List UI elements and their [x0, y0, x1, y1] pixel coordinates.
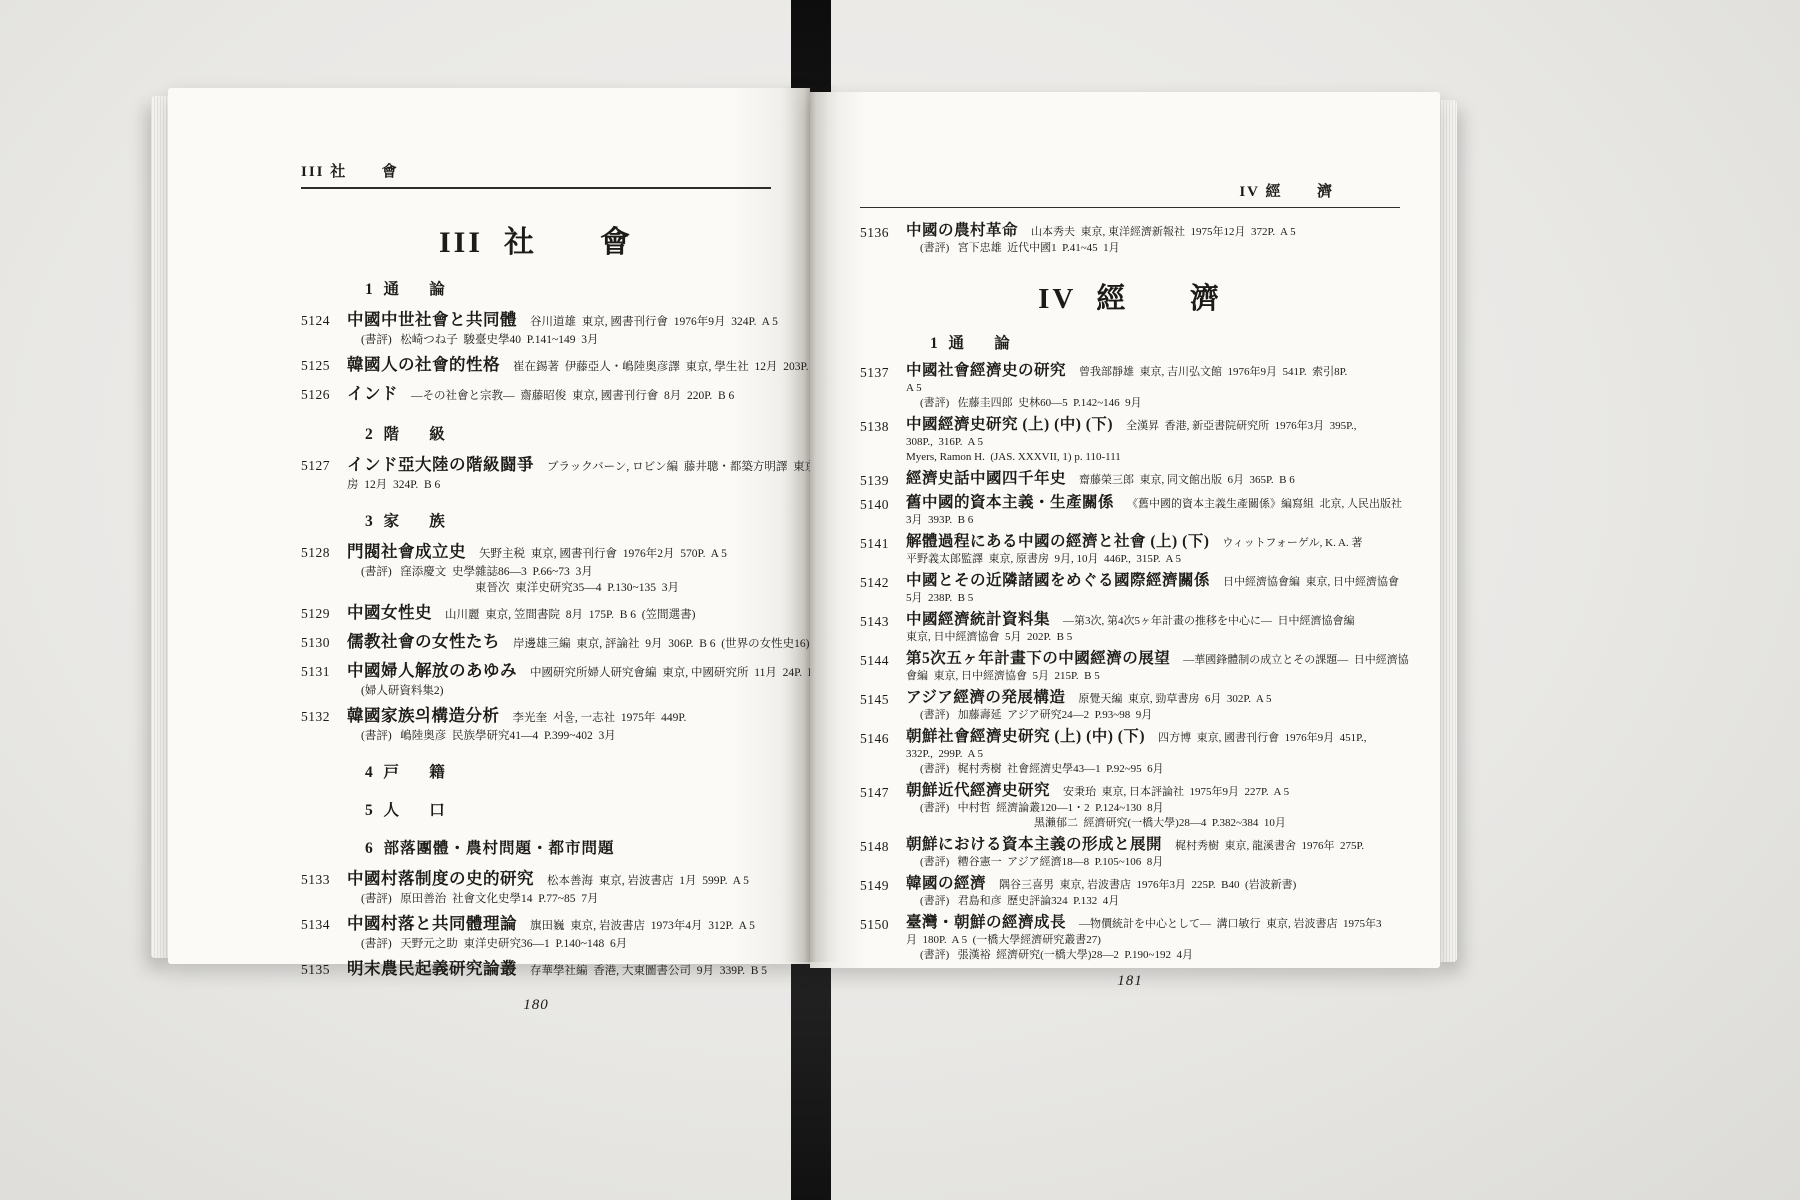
- entry-body: 門閥社會成立史矢野主税 東京, 國書刊行會 1976年2月 570P. A 5(…: [347, 542, 771, 596]
- entry-body: 朝鮮社會經濟史研究 (上) (中) (下)四方博 東京, 國書刊行會 1976年…: [906, 728, 1400, 777]
- entry-number: 5150: [860, 914, 906, 963]
- entry-body: 中國經濟史研究 (上) (中) (下)全漢昇 香港, 新亞書院研究所 1976年…: [906, 416, 1400, 465]
- entry-first-line: 中國婦人解放のあゆみ中國研究所婦人研究會編 東京, 中國研究所 11月 24P.…: [347, 661, 771, 683]
- bib-entry: 5129中國女性史山川麗 東京, 笠間書院 8月 175P. B 6 (笠間選書…: [301, 603, 771, 625]
- entry-title: 韓國家族의構造分析: [347, 706, 499, 725]
- section-heading: 1 通 論: [930, 331, 1400, 353]
- entry-title: 中國中世社會と共同體: [347, 310, 517, 329]
- entry-body: 第5次五ヶ年計畫下の中國經濟の展望—華國鋒體制の成立とその課題— 日中經濟協會編…: [906, 650, 1400, 684]
- entry-body: 中國の農村革命山本秀夫 東京, 東洋經濟新報社 1975年12月 372P. A…: [906, 222, 1400, 256]
- entry-title: 中國とその近隣諸國をめぐる國際經濟關係: [906, 572, 1210, 589]
- entry-line: (書評) 天野元之助 東洋史研究36—1 P.140~148 6月: [347, 936, 771, 952]
- entry-number: 5149: [860, 875, 906, 909]
- entry-line: (書評) 君島和彦 歷史評論324 P.132 4月: [906, 894, 1400, 909]
- entry-first-line: アジア經濟の発展構造原覺天編 東京, 勁草書房 6月 302P. A 5: [906, 689, 1400, 708]
- entry-number: 5147: [860, 782, 906, 831]
- entry-title: 臺灣・朝鮮の經濟成長: [906, 914, 1066, 931]
- entry-number: 5142: [860, 572, 906, 606]
- entry-detail: 中國研究所婦人研究會編 東京, 中國研究所 11月 24P. B 5: [530, 667, 824, 679]
- bib-entry: 5147朝鮮近代經濟史研究安秉珆 東京, 日本評論社 1975年9月 227P.…: [860, 782, 1400, 831]
- entry-detail: 安秉珆 東京, 日本評論社 1975年9月 227P. A 5: [1063, 786, 1289, 798]
- entry-title: 朝鮮近代經濟史研究: [906, 782, 1050, 799]
- open-book: III 社 會 III 社 會 1 通 論5124中國中世社會と共同體谷川道雄 …: [168, 86, 1440, 962]
- entry-detail: —華國鋒體制の成立とその課題— 日中經濟協: [1183, 654, 1409, 666]
- entry-line: 房 12月 324P. B 6: [347, 477, 771, 493]
- entry-body: 明末農民起義研究論叢存華學社編 香港, 大東圖書公司 9月 339P. B 5: [347, 959, 771, 981]
- entry-title: 中國村落と共同體理論: [347, 914, 517, 933]
- entry-first-line: 經濟史話中國四千年史齋藤榮三郎 東京, 同文館出版 6月 365P. B 6: [906, 470, 1400, 489]
- entry-number: 5141: [860, 533, 906, 567]
- entry-line: (書評) 糟谷憲一 アジア經濟18—8 P.105~106 8月: [906, 855, 1400, 870]
- entry-title: インド亞大陸の階級闘爭: [347, 455, 534, 474]
- bib-entry: 5128門閥社會成立史矢野主税 東京, 國書刊行會 1976年2月 570P. …: [301, 542, 771, 596]
- entry-first-line: 中國經濟統計資料集—第3次, 第4次5ヶ年計畫の推移を中心に— 日中經濟協會編: [906, 611, 1400, 630]
- entry-detail: 山本秀夫 東京, 東洋經濟新報社 1975年12月 372P. A 5: [1031, 226, 1296, 238]
- entry-first-line: 門閥社會成立史矢野主税 東京, 國書刊行會 1976年2月 570P. A 5: [347, 542, 771, 564]
- bib-entry: 5138中國經濟史研究 (上) (中) (下)全漢昇 香港, 新亞書院研究所 1…: [860, 416, 1400, 465]
- entry-first-line: 韓國家族의構造分析李光奎 서울, 一志社 1975年 449P.: [347, 706, 771, 728]
- bib-entry: 5142中國とその近隣諸國をめぐる國際經濟關係日中經濟協會編 東京, 日中經濟協…: [860, 572, 1400, 606]
- entry-body: 解體過程にある中國の經濟と社會 (上) (下)ウィットフォーゲル, K. A. …: [906, 533, 1400, 567]
- entry-number: 5127: [301, 455, 347, 493]
- entry-line: (書評) 宮下忠雄 近代中國1 P.41~45 1月: [906, 241, 1400, 256]
- entry-first-line: 中國社會經濟史の研究曾我部靜雄 東京, 吉川弘文館 1976年9月 541P. …: [906, 362, 1400, 381]
- entry-title: 舊中國的資本主義・生產關係: [906, 494, 1114, 511]
- entry-first-line: 朝鮮社會經濟史研究 (上) (中) (下)四方博 東京, 國書刊行會 1976年…: [906, 728, 1400, 747]
- entry-title: インド: [347, 384, 398, 403]
- entry-detail: 矢野主税 東京, 國書刊行會 1976年2月 570P. A 5: [479, 548, 727, 560]
- entry-line: 東京, 日中經濟協會 5月 202P. B 5: [906, 630, 1400, 645]
- entry-line: Myers, Ramon H. (JAS. XXXVII, 1) p. 110-…: [906, 450, 1400, 465]
- section-heading: 6 部落團體・農村問題・都市問題: [365, 836, 771, 858]
- entry-number: 5144: [860, 650, 906, 684]
- left-page: III 社 會 III 社 會 1 通 論5124中國中世社會と共同體谷川道雄 …: [168, 88, 810, 964]
- entry-line: (書評) 原田善治 社會文化史學14 P.77~85 7月: [347, 891, 771, 907]
- bib-entry: 5148朝鮮における資本主義の形成と展開梶村秀樹 東京, 龍溪書舍 1976年 …: [860, 836, 1400, 870]
- entry-detail: —その社會と宗教— 齋藤昭俊 東京, 國書刊行會 8月 220P. B 6: [411, 390, 734, 402]
- bib-entry: 5124中國中世社會と共同體谷川道雄 東京, 國書刊行會 1976年9月 324…: [301, 310, 771, 348]
- section-heading: 1 通 論: [365, 277, 771, 299]
- bib-entry: 5144第5次五ヶ年計畫下の中國經濟の展望—華國鋒體制の成立とその課題— 日中經…: [860, 650, 1400, 684]
- entry-body: 中國中世社會と共同體谷川道雄 東京, 國書刊行會 1976年9月 324P. A…: [347, 310, 771, 348]
- entry-line: (書評) 窪添慶文 史學雜誌86—3 P.66~73 3月: [347, 564, 771, 580]
- entry-title: 朝鮮における資本主義の形成と展開: [906, 836, 1162, 853]
- entry-detail: 存華學社編 香港, 大東圖書公司 9月 339P. B 5: [530, 965, 767, 977]
- entry-title: 中國經濟統計資料集: [906, 611, 1050, 628]
- entry-body: 朝鮮における資本主義の形成と展開梶村秀樹 東京, 龍溪書舍 1976年 275P…: [906, 836, 1400, 870]
- entry-number: 5131: [301, 661, 347, 699]
- entry-detail: 旗田巍 東京, 岩波書店 1973年4月 312P. A 5: [530, 920, 755, 932]
- entry-first-line: インド亞大陸の階級闘爭ブラックバーン, ロビン編 藤井聰・都築方明譯 東京, 柘…: [347, 455, 771, 477]
- right-pre-entries: 5136中國の農村革命山本秀夫 東京, 東洋經濟新報社 1975年12月 372…: [860, 222, 1400, 256]
- entry-line: (婦人研資料集2): [347, 683, 771, 699]
- entry-detail: 曾我部靜雄 東京, 吉川弘文館 1976年9月 541P. 索引8P.: [1079, 366, 1347, 378]
- entry-detail: 全漢昇 香港, 新亞書院研究所 1976年3月 395P.,: [1126, 420, 1356, 432]
- bib-entry: 5150臺灣・朝鮮の經濟成長—物價統計を中心として— 溝口敏行 東京, 岩波書店…: [860, 914, 1400, 963]
- entry-detail: 隅谷三喜男 東京, 岩波書店 1976年3月 225P. B40 (岩波新書): [999, 879, 1296, 891]
- entry-body: 中國婦人解放のあゆみ中國研究所婦人研究會編 東京, 中國研究所 11月 24P.…: [347, 661, 771, 699]
- entry-line: (書評) 嶋陸奥彦 民族學研究41—4 P.399~402 3月: [347, 728, 771, 744]
- bib-entry: 5143中國經濟統計資料集—第3次, 第4次5ヶ年計畫の推移を中心に— 日中經濟…: [860, 611, 1400, 645]
- bib-entry: 5131中國婦人解放のあゆみ中國研究所婦人研究會編 東京, 中國研究所 11月 …: [301, 661, 771, 699]
- entry-number: 5135: [301, 959, 347, 981]
- entry-line: (書評) 張漢裕 經濟研究(一橋大學)28—2 P.190~192 4月: [906, 948, 1400, 963]
- bib-entry: 5139經濟史話中國四千年史齋藤榮三郎 東京, 同文館出版 6月 365P. B…: [860, 470, 1400, 489]
- entry-first-line: 中國中世社會と共同體谷川道雄 東京, 國書刊行會 1976年9月 324P. A…: [347, 310, 771, 332]
- entry-first-line: 舊中國的資本主義・生產關係《舊中國的資本主義生產關係》編寫組 北京, 人民出版社: [906, 494, 1400, 513]
- entry-first-line: 明末農民起義研究論叢存華學社編 香港, 大東圖書公司 9月 339P. B 5: [347, 959, 771, 981]
- entry-detail: ウィットフォーゲル, K. A. 著: [1222, 537, 1362, 549]
- section-heading: 4 戸 籍: [365, 760, 771, 782]
- bib-entry: 5136中國の農村革命山本秀夫 東京, 東洋經濟新報社 1975年12月 372…: [860, 222, 1400, 256]
- entry-line: 月 180P. A 5 (一橋大學經濟研究叢書27): [906, 933, 1400, 948]
- section-heading: 2 階 級: [365, 422, 771, 444]
- bib-entry: 5134中國村落と共同體理論旗田巍 東京, 岩波書店 1973年4月 312P.…: [301, 914, 771, 952]
- right-page: IV 經 濟 5136中國の農村革命山本秀夫 東京, 東洋經濟新報社 1975年…: [810, 92, 1440, 968]
- bib-entry: 5130儒教社會の女性たち岸邊雄三編 東京, 評論社 9月 306P. B 6 …: [301, 632, 771, 654]
- entry-first-line: 臺灣・朝鮮の經濟成長—物價統計を中心として— 溝口敏行 東京, 岩波書店 197…: [906, 914, 1400, 933]
- entry-line: 平野義太郎監譯 東京, 原書房 9月, 10月 446P., 315P. A 5: [906, 552, 1400, 567]
- bib-entry: 5149韓國の經濟隅谷三喜男 東京, 岩波書店 1976年3月 225P. B4…: [860, 875, 1400, 909]
- entry-title: 儒教社會の女性たち: [347, 632, 500, 651]
- entry-detail: 原覺天編 東京, 勁草書房 6月 302P. A 5: [1078, 693, 1271, 705]
- entry-first-line: 儒教社會の女性たち岸邊雄三編 東京, 評論社 9月 306P. B 6 (世界の…: [347, 632, 771, 654]
- entry-line: (書評) 佐藤圭四郎 史林60—5 P.142~146 9月: [906, 396, 1400, 411]
- section-heading: 5 人 口: [365, 798, 771, 820]
- entry-body: 臺灣・朝鮮の經濟成長—物價統計を中心として— 溝口敏行 東京, 岩波書店 197…: [906, 914, 1400, 963]
- entry-first-line: 中國村落と共同體理論旗田巍 東京, 岩波書店 1973年4月 312P. A 5: [347, 914, 771, 936]
- bib-entry: 5127インド亞大陸の階級闘爭ブラックバーン, ロビン編 藤井聰・都築方明譯 東…: [301, 455, 771, 493]
- entry-title: 明末農民起義研究論叢: [347, 959, 517, 978]
- entry-body: 中國村落制度の史的研究松本善海 東京, 岩波書店 1月 599P. A 5(書評…: [347, 869, 771, 907]
- entry-number: 5140: [860, 494, 906, 528]
- bib-entry: 5140舊中國的資本主義・生產關係《舊中國的資本主義生產關係》編寫組 北京, 人…: [860, 494, 1400, 528]
- entry-line: 332P., 299P. A 5: [906, 747, 1400, 762]
- bib-entry: 5125韓國人の社會的性格崔在錫著 伊藤亞人・嶋陸奥彦譯 東京, 學生社 12月…: [301, 355, 771, 377]
- entry-body: 舊中國的資本主義・生產關係《舊中國的資本主義生產關係》編寫組 北京, 人民出版社…: [906, 494, 1400, 528]
- entry-first-line: 朝鮮近代經濟史研究安秉珆 東京, 日本評論社 1975年9月 227P. A 5: [906, 782, 1400, 801]
- entry-detail: —物價統計を中心として— 溝口敏行 東京, 岩波書店 1975年3: [1079, 918, 1382, 930]
- entry-body: 中國村落と共同體理論旗田巍 東京, 岩波書店 1973年4月 312P. A 5…: [347, 914, 771, 952]
- entry-number: 5146: [860, 728, 906, 777]
- entry-title: 解體過程にある中國の經濟と社會 (上) (下): [906, 533, 1209, 550]
- entry-title: 經濟史話中國四千年史: [906, 470, 1066, 487]
- entry-number: 5129: [301, 603, 347, 625]
- entry-body: 中國經濟統計資料集—第3次, 第4次5ヶ年計畫の推移を中心に— 日中經濟協會編東…: [906, 611, 1400, 645]
- entry-number: 5145: [860, 689, 906, 723]
- entry-title: 中國村落制度の史的研究: [347, 869, 534, 888]
- left-running-header: III 社 會: [301, 160, 771, 189]
- entry-first-line: インド—その社會と宗教— 齋藤昭俊 東京, 國書刊行會 8月 220P. B 6: [347, 384, 771, 406]
- entry-detail: 谷川道雄 東京, 國書刊行會 1976年9月 324P. A 5: [530, 316, 778, 328]
- bib-entry: 5141解體過程にある中國の經濟と社會 (上) (下)ウィットフォーゲル, K.…: [860, 533, 1400, 567]
- entry-title: 中國社會經濟史の研究: [906, 362, 1066, 379]
- entry-line: 東晉次 東洋史研究35—4 P.130~135 3月: [347, 580, 771, 596]
- entry-first-line: 解體過程にある中國の經濟と社會 (上) (下)ウィットフォーゲル, K. A. …: [906, 533, 1400, 552]
- photo-of-open-book: { "left_page": { "running_header": "III …: [0, 0, 1800, 1200]
- entry-line: 黑瀨郁二 經濟研究(一橋大學)28—4 P.382~384 10月: [906, 816, 1400, 831]
- entry-first-line: 第5次五ヶ年計畫下の中國經濟の展望—華國鋒體制の成立とその課題— 日中經濟協: [906, 650, 1400, 669]
- entry-number: 5126: [301, 384, 347, 406]
- section-heading: 3 家 族: [365, 509, 771, 531]
- entry-body: 中國社會經濟史の研究曾我部靜雄 東京, 吉川弘文館 1976年9月 541P. …: [906, 362, 1400, 411]
- entry-detail: 《舊中國的資本主義生產關係》編寫組 北京, 人民出版社: [1127, 498, 1402, 510]
- entry-number: 5148: [860, 836, 906, 870]
- bib-entry: 5145アジア經濟の発展構造原覺天編 東京, 勁草書房 6月 302P. A 5…: [860, 689, 1400, 723]
- entry-title: 第5次五ヶ年計畫下の中國經濟の展望: [906, 650, 1170, 667]
- entry-line: (書評) 松崎つね子 駿臺史學40 P.141~149 3月: [347, 332, 771, 348]
- bib-entry: 5133中國村落制度の史的研究松本善海 東京, 岩波書店 1月 599P. A …: [301, 869, 771, 907]
- entry-number: 5125: [301, 355, 347, 377]
- entry-first-line: 中國の農村革命山本秀夫 東京, 東洋經濟新報社 1975年12月 372P. A…: [906, 222, 1400, 241]
- left-page-number: 180: [301, 997, 771, 1014]
- entry-detail: 四方博 東京, 國書刊行會 1976年9月 451P.,: [1158, 732, 1366, 744]
- entry-detail: 日中經濟協會編 東京, 日中經濟協會: [1223, 576, 1399, 588]
- entry-number: 5143: [860, 611, 906, 645]
- entry-first-line: 中國女性史山川麗 東京, 笠間書院 8月 175P. B 6 (笠間選書): [347, 603, 771, 625]
- entry-first-line: 中國經濟史研究 (上) (中) (下)全漢昇 香港, 新亞書院研究所 1976年…: [906, 416, 1400, 435]
- bib-entry: 5126インド—その社會と宗教— 齋藤昭俊 東京, 國書刊行會 8月 220P.…: [301, 384, 771, 406]
- entry-body: 儒教社會の女性たち岸邊雄三編 東京, 評論社 9月 306P. B 6 (世界の…: [347, 632, 771, 654]
- entry-title: 朝鮮社會經濟史研究 (上) (中) (下): [906, 728, 1145, 745]
- entry-body: 中國女性史山川麗 東京, 笠間書院 8月 175P. B 6 (笠間選書): [347, 603, 771, 625]
- entry-body: 韓國人の社會的性格崔在錫著 伊藤亞人・嶋陸奥彦譯 東京, 學生社 12月 203…: [347, 355, 771, 377]
- entry-detail: 齋藤榮三郎 東京, 同文館出版 6月 365P. B 6: [1079, 474, 1295, 486]
- bib-entry: 5146朝鮮社會經濟史研究 (上) (中) (下)四方博 東京, 國書刊行會 1…: [860, 728, 1400, 777]
- entry-detail: 岸邊雄三編 東京, 評論社 9月 306P. B 6 (世界の女性史16): [513, 638, 809, 650]
- entry-number: 5124: [301, 310, 347, 348]
- entry-body: 韓國家族의構造分析李光奎 서울, 一志社 1975年 449P.(書評) 嶋陸奥…: [347, 706, 771, 744]
- entry-title: 中國婦人解放のあゆみ: [347, 661, 517, 680]
- entry-line: 308P., 316P. A 5: [906, 435, 1400, 450]
- right-sections: 1 通 論5137中國社會經濟史の研究曾我部靜雄 東京, 吉川弘文館 1976年…: [860, 331, 1400, 963]
- left-sections: 1 通 論5124中國中世社會と共同體谷川道雄 東京, 國書刊行會 1976年9…: [301, 277, 771, 981]
- entry-number: 5133: [301, 869, 347, 907]
- entry-line: (書評) 中村哲 經濟論叢120—1・2 P.124~130 8月: [906, 801, 1400, 816]
- entry-detail: 崔在錫著 伊藤亞人・嶋陸奥彦譯 東京, 學生社 12月 203P. A 5: [513, 361, 830, 373]
- entry-number: 5132: [301, 706, 347, 744]
- entry-detail: —第3次, 第4次5ヶ年計畫の推移を中心に— 日中經濟協會編: [1063, 615, 1355, 627]
- right-page-number: 181: [860, 973, 1400, 990]
- entry-title: 韓國人の社會的性格: [347, 355, 500, 374]
- entry-title: 中國經濟史研究 (上) (中) (下): [906, 416, 1113, 433]
- bib-entry: 5137中國社會經濟史の研究曾我部靜雄 東京, 吉川弘文館 1976年9月 54…: [860, 362, 1400, 411]
- entry-first-line: 中國村落制度の史的研究松本善海 東京, 岩波書店 1月 599P. A 5: [347, 869, 771, 891]
- entry-title: 韓國の經濟: [906, 875, 986, 892]
- entry-number: 5134: [301, 914, 347, 952]
- right-running-header: IV 經 濟: [860, 180, 1400, 208]
- left-chapter-title: III 社 會: [301, 217, 771, 261]
- right-page-edges: [1438, 100, 1457, 962]
- entry-body: アジア經濟の発展構造原覺天編 東京, 勁草書房 6月 302P. A 5(書評)…: [906, 689, 1400, 723]
- entry-body: 中國とその近隣諸國をめぐる國際經濟關係日中經濟協會編 東京, 日中經濟協會5月 …: [906, 572, 1400, 606]
- entry-title: アジア經濟の発展構造: [906, 689, 1065, 706]
- right-chapter-title: IV 經 濟: [860, 276, 1400, 317]
- entry-number: 5139: [860, 470, 906, 489]
- entry-line: 會編 東京, 日中經濟協會 5月 215P. B 5: [906, 669, 1400, 684]
- entry-detail: 李光奎 서울, 一志社 1975年 449P.: [512, 712, 686, 724]
- entry-body: インド—その社會と宗教— 齋藤昭俊 東京, 國書刊行會 8月 220P. B 6: [347, 384, 771, 406]
- bib-entry: 5132韓國家族의構造分析李光奎 서울, 一志社 1975年 449P.(書評)…: [301, 706, 771, 744]
- entry-line: 3月 393P. B 6: [906, 513, 1400, 528]
- entry-first-line: 中國とその近隣諸國をめぐる國際經濟關係日中經濟協會編 東京, 日中經濟協會: [906, 572, 1400, 591]
- bib-entry: 5135明末農民起義研究論叢存華學社編 香港, 大東圖書公司 9月 339P. …: [301, 959, 771, 981]
- entry-body: インド亞大陸の階級闘爭ブラックバーン, ロビン編 藤井聰・都築方明譯 東京, 柘…: [347, 455, 771, 493]
- entry-number: 5137: [860, 362, 906, 411]
- entry-detail: 梶村秀樹 東京, 龍溪書舍 1976年 275P.: [1175, 840, 1364, 852]
- entry-number: 5128: [301, 542, 347, 596]
- entry-number: 5136: [860, 222, 906, 256]
- entry-first-line: 朝鮮における資本主義の形成と展開梶村秀樹 東京, 龍溪書舍 1976年 275P…: [906, 836, 1400, 855]
- entry-line: 5月 238P. B 5: [906, 591, 1400, 606]
- entry-title: 門閥社會成立史: [347, 542, 466, 561]
- entry-detail: 松本善海 東京, 岩波書店 1月 599P. A 5: [547, 875, 749, 887]
- entry-title: 中國女性史: [347, 603, 432, 622]
- entry-body: 韓國の經濟隅谷三喜男 東京, 岩波書店 1976年3月 225P. B40 (岩…: [906, 875, 1400, 909]
- entry-number: 5130: [301, 632, 347, 654]
- entry-line: (書評) 梶村秀樹 社會經濟史學43—1 P.92~95 6月: [906, 762, 1400, 777]
- entry-number: 5138: [860, 416, 906, 465]
- entry-detail: 山川麗 東京, 笠間書院 8月 175P. B 6 (笠間選書): [445, 609, 695, 621]
- entry-first-line: 韓國人の社會的性格崔在錫著 伊藤亞人・嶋陸奥彦譯 東京, 學生社 12月 203…: [347, 355, 771, 377]
- entry-first-line: 韓國の經濟隅谷三喜男 東京, 岩波書店 1976年3月 225P. B40 (岩…: [906, 875, 1400, 894]
- entry-line: A 5: [906, 381, 1400, 396]
- entry-title: 中國の農村革命: [906, 222, 1018, 239]
- entry-line: (書評) 加藤壽延 アジア研究24—2 P.93~98 9月: [906, 708, 1400, 723]
- entry-body: 朝鮮近代經濟史研究安秉珆 東京, 日本評論社 1975年9月 227P. A 5…: [906, 782, 1400, 831]
- entry-body: 經濟史話中國四千年史齋藤榮三郎 東京, 同文館出版 6月 365P. B 6: [906, 470, 1400, 489]
